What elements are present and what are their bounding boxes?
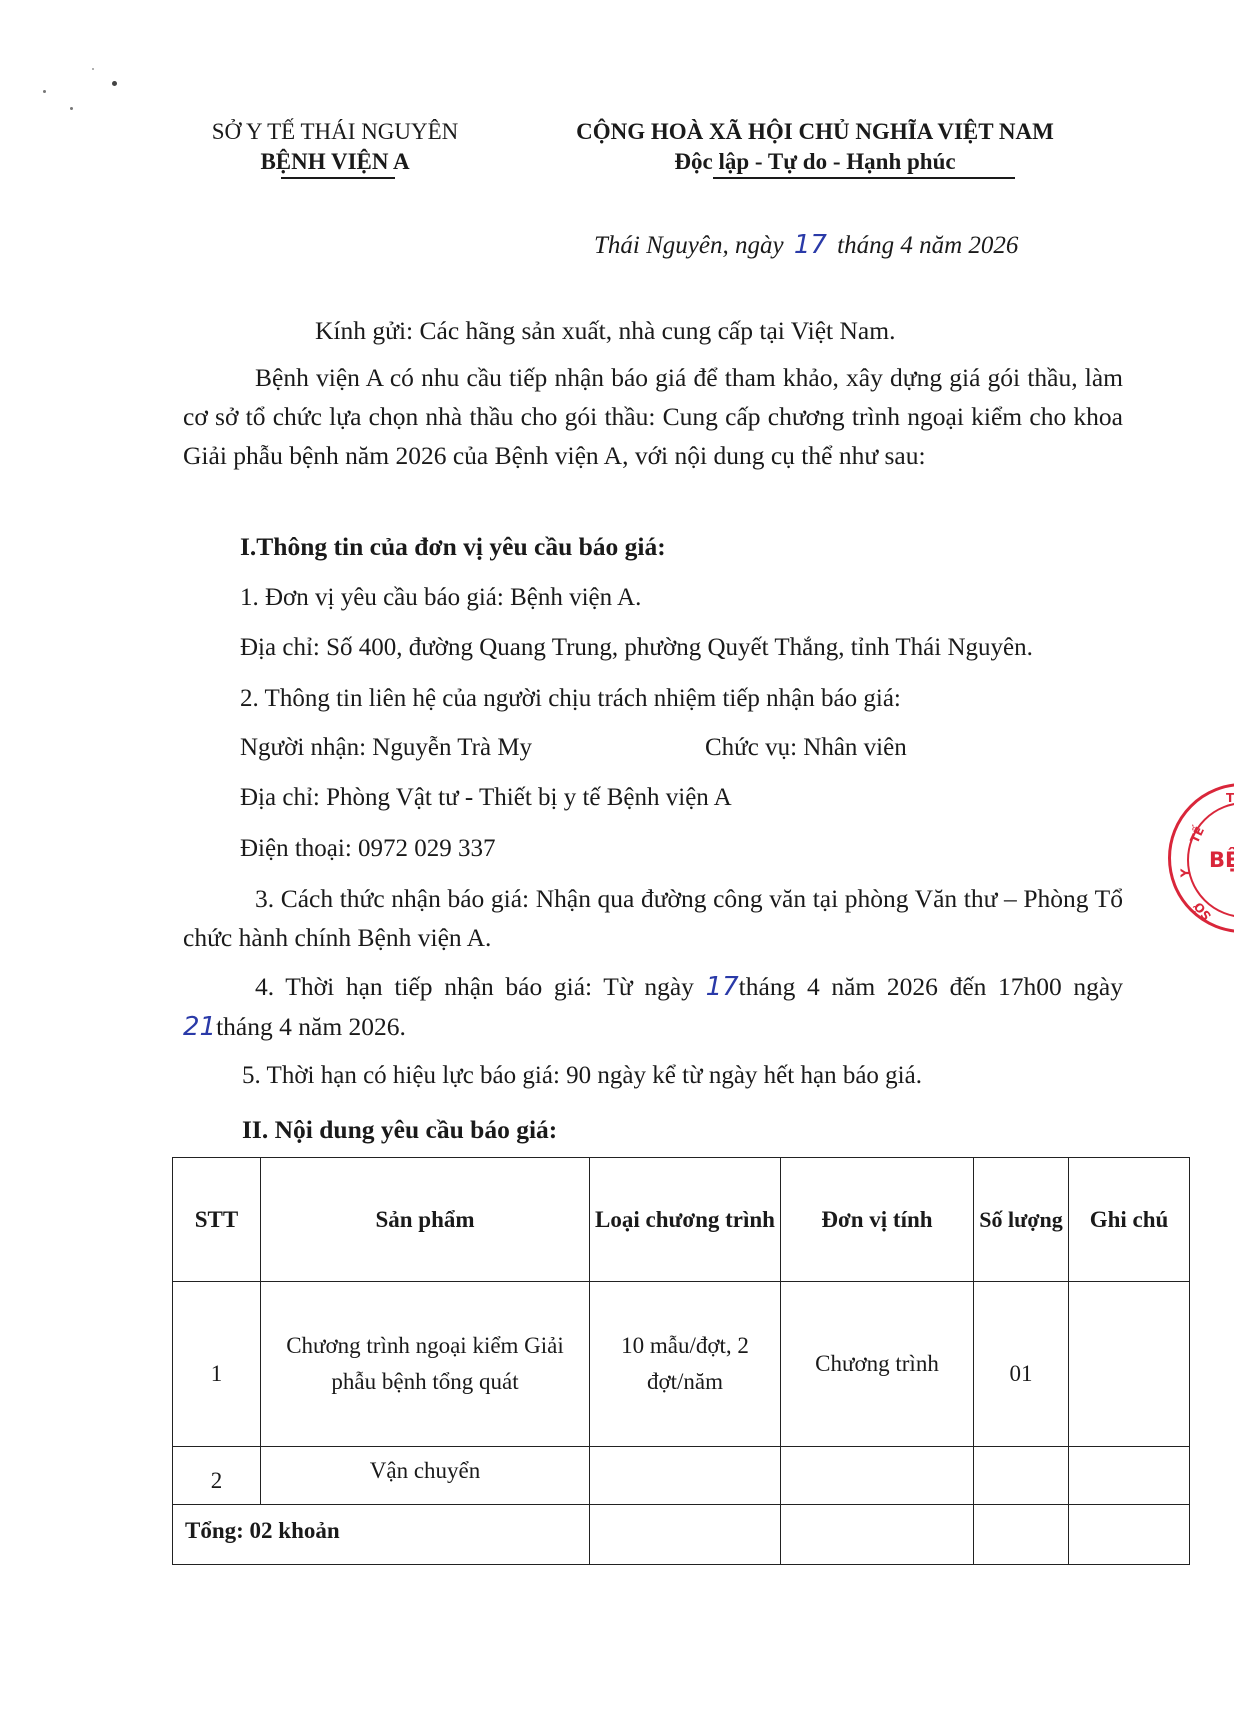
cell-product: Vận chuyển xyxy=(261,1447,590,1505)
item3-text: 3. Cách thức nhận báo giá: Nhận qua đườn… xyxy=(183,884,1123,952)
cell-note xyxy=(1069,1447,1190,1505)
table-row: 1 Chương trình ngoại kiểm Giải phẫu bệnh… xyxy=(173,1282,1190,1447)
stamp-text: BỆ xyxy=(1209,848,1234,872)
section1-item1: 1. Đơn vị yêu cầu báo giá: Bệnh viện A. xyxy=(240,578,641,617)
item4-text-3: tháng 4 năm 2026. xyxy=(216,1012,406,1041)
cell-product: Chương trình ngoại kiểm Giải phẫu bệnh t… xyxy=(261,1282,590,1447)
scan-speck xyxy=(92,68,94,70)
section1-title: I.Thông tin của đơn vị yêu cầu báo giá: xyxy=(240,527,666,566)
stamp-ring-letter: Y xyxy=(1178,869,1192,878)
cell-type xyxy=(590,1447,781,1505)
item4-text-1: 4. Thời hạn tiếp nhận báo giá: Từ ngày xyxy=(255,972,694,1001)
national-motto-underline xyxy=(713,177,1015,179)
cell-quantity xyxy=(974,1447,1069,1505)
table-total-row: Tổng: 02 khoản xyxy=(173,1505,1190,1565)
date-suffix: tháng 4 năm 2026 xyxy=(837,232,1018,259)
date-line: Thái Nguyên, ngày 17 tháng 4 năm 2026 xyxy=(594,230,1018,260)
hospital-name: BỆNH VIỆN A xyxy=(190,147,480,177)
cell-stt: 1 xyxy=(173,1282,261,1447)
scan-speck xyxy=(43,90,46,93)
col-header-type: Loại chương trình xyxy=(590,1158,781,1282)
date-prefix: Thái Nguyên, ngày xyxy=(594,232,784,259)
cell-stt: 2 xyxy=(173,1447,261,1505)
col-header-note: Ghi chú xyxy=(1069,1158,1190,1282)
section1-address: Địa chỉ: Số 400, đường Quang Trung, phườ… xyxy=(240,628,1033,667)
cell-note xyxy=(1069,1282,1190,1447)
handwritten-start-day: 17 xyxy=(706,972,739,1002)
section1-item4: 4. Thời hạn tiếp nhận báo giá: Từ ngày 1… xyxy=(183,967,1123,1047)
col-header-unit: Đơn vị tính xyxy=(781,1158,974,1282)
quote-table: STT Sản phẩm Loại chương trình Đơn vị tí… xyxy=(172,1157,1190,1565)
total-label: Tổng: 02 khoản xyxy=(173,1505,590,1565)
section2-title: II. Nội dung yêu cầu báo giá: xyxy=(242,1110,557,1149)
table-header-row: STT Sản phẩm Loại chương trình Đơn vị tí… xyxy=(173,1158,1190,1282)
total-cell xyxy=(590,1505,781,1565)
recipient-line: Kính gửi: Các hãng sản xuất, nhà cung cấ… xyxy=(315,311,895,350)
total-cell xyxy=(974,1505,1069,1565)
col-header-product: Sản phẩm xyxy=(261,1158,590,1282)
stamp-ring-letter: T xyxy=(1226,791,1234,805)
national-title: CỘNG HOÀ XÃ HỘI CHỦ NGHĨA VIỆT NAM xyxy=(545,117,1085,147)
scan-speck xyxy=(70,107,73,110)
hospital-name-underline xyxy=(281,177,395,179)
handwritten-end-day: 21 xyxy=(183,1012,216,1042)
intro-paragraph: Bệnh viện A có nhu cầu tiếp nhận báo giá… xyxy=(183,358,1123,475)
cell-unit: Chương trình xyxy=(781,1282,974,1447)
receiver-position: Chức vụ: Nhân viên xyxy=(705,728,907,767)
scan-speck xyxy=(112,81,117,86)
cell-unit xyxy=(781,1447,974,1505)
section1-item5: 5. Thời hạn có hiệu lực báo giá: 90 ngày… xyxy=(242,1056,922,1095)
table-row: 2 Vận chuyển xyxy=(173,1447,1190,1505)
col-header-quantity: Số lượng xyxy=(974,1158,1069,1282)
section1-item3: 3. Cách thức nhận báo giá: Nhận qua đườn… xyxy=(183,879,1123,957)
intro-text: Bệnh viện A có nhu cầu tiếp nhận báo giá… xyxy=(183,363,1123,470)
item4-text-2: tháng 4 năm 2026 đến 17h00 ngày xyxy=(739,972,1123,1001)
receiver-name: Người nhận: Nguyễn Trà My xyxy=(240,728,532,767)
handwritten-day: 17 xyxy=(794,230,827,260)
total-cell xyxy=(781,1505,974,1565)
section1-item2: 2. Thông tin liên hệ của người chịu trác… xyxy=(240,679,901,718)
cell-quantity: 01 xyxy=(974,1282,1069,1447)
national-motto: Độc lập - Tự do - Hạnh phúc xyxy=(545,147,1085,177)
agency-name: SỞ Y TẾ THÁI NGUYÊN xyxy=(190,117,480,147)
receiver-address: Địa chỉ: Phòng Vật tư - Thiết bị y tế Bệ… xyxy=(240,778,732,817)
col-header-stt: STT xyxy=(173,1158,261,1282)
total-cell xyxy=(1069,1505,1190,1565)
official-stamp: BỆ TẾ Y SỞ T xyxy=(1168,783,1234,933)
receiver-phone: Điện thoại: 0972 029 337 xyxy=(240,829,496,868)
cell-type: 10 mẫu/đợt, 2 đợt/năm xyxy=(590,1282,781,1447)
